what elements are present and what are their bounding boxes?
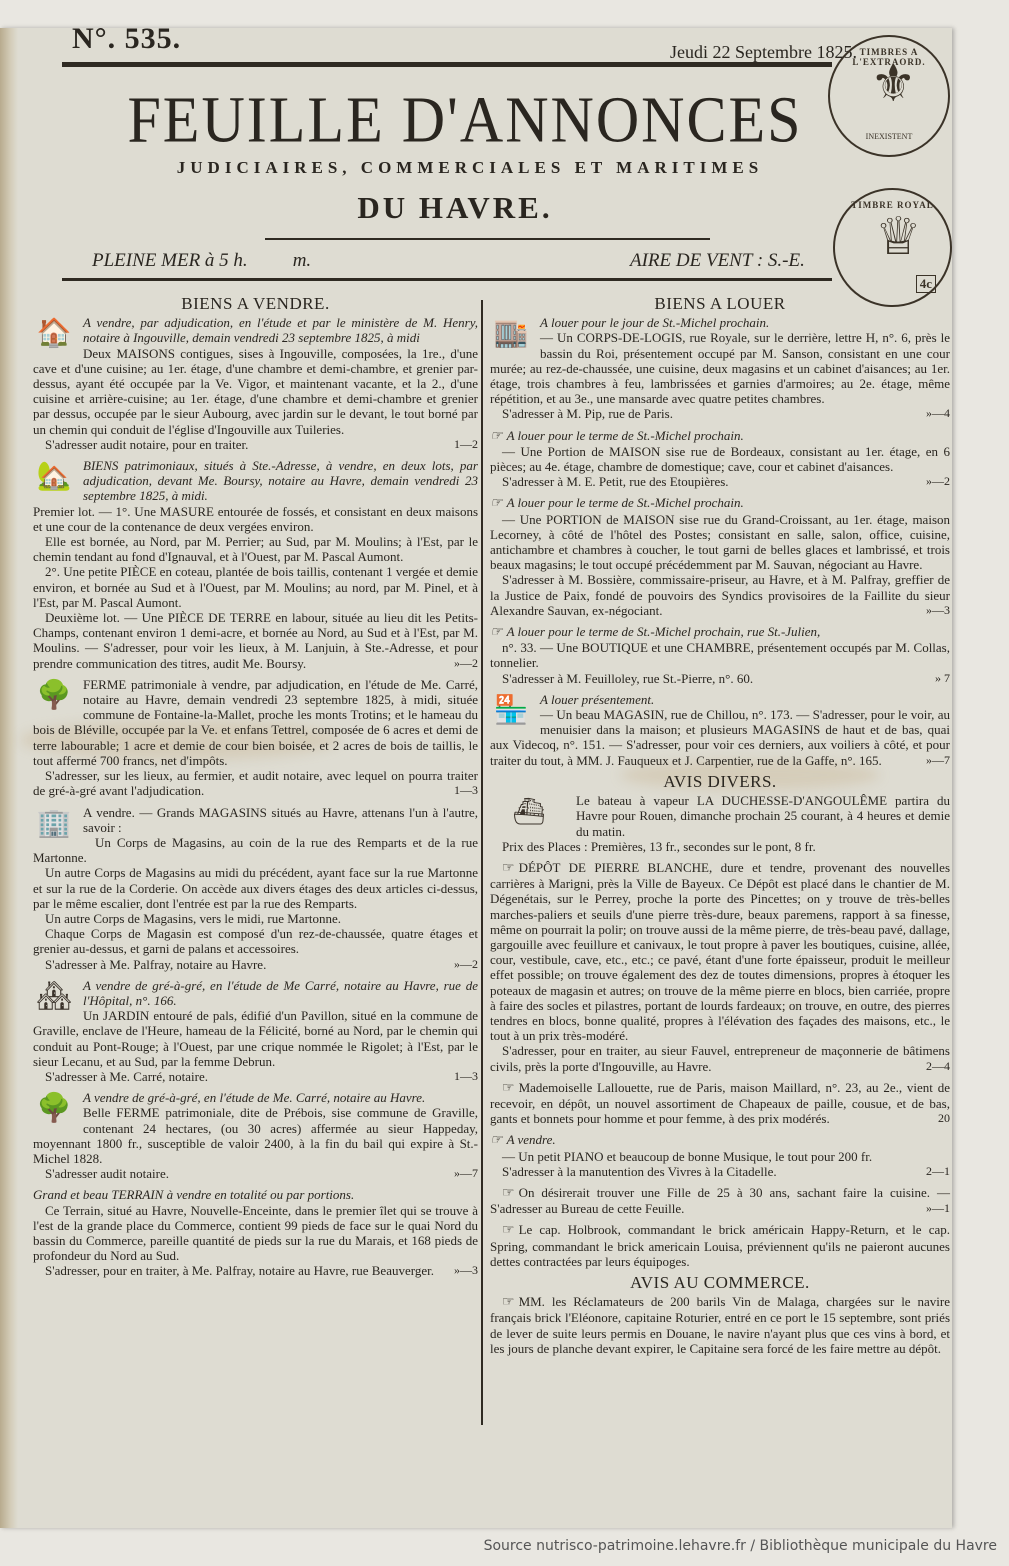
pointing-hand-icon: ☞: [490, 625, 503, 640]
advertisement: 🏢A vendre. — Grands MAGASINS situés au H…: [33, 805, 478, 972]
stamp-value: 4c: [916, 275, 936, 293]
ad-text: S'adresser audit notaire, pour en traite…: [45, 437, 248, 452]
ad-intro: A louer pour le terme de St.-Michel proc…: [507, 495, 744, 510]
stamp-sub: INEXISTENT: [830, 132, 948, 141]
issue-date: Jeudi 22 Septembre 1825.: [670, 42, 857, 63]
ad-text: n°. 33. — Une BOUTIQUE et une CHAMBRE, p…: [490, 640, 950, 670]
section-heading: BIENS A LOUER: [490, 296, 950, 311]
issue-number: N°. 535.: [72, 22, 181, 56]
insertion-reference: 1—3: [442, 1069, 478, 1084]
ad-text: — Une Portion de MAISON sise rue de Bord…: [490, 444, 950, 474]
masthead-bottom-rule: [62, 278, 832, 281]
advertisement: 🏬A louer pour le jour de St.-Michel proc…: [490, 315, 950, 421]
ad-text: Belle FERME patrimoniale, dite de Préboi…: [33, 1105, 478, 1166]
advertisement: 🌳A vendre de gré-à-gré, en l'étude de Me…: [33, 1090, 478, 1181]
ad-intro: A vendre, par adjudication, en l'étude e…: [83, 315, 478, 345]
house-icon: 🏠: [33, 317, 75, 351]
insertion-reference: »—3: [914, 603, 950, 618]
ad-text: S'adresser, pour en traiter, à Me. Palfr…: [45, 1263, 434, 1278]
ad-text: Prix des Places : Premières, 13 fr., sec…: [502, 839, 816, 854]
advertisement: 🏡BIENS patrimoniaux, situés à Ste.-Adres…: [33, 458, 478, 671]
left-column: BIENS A VENDRE. 🏠A vendre, par adjudicat…: [33, 296, 478, 1285]
advertisement: ☞A louer pour le terme de St.-Michel pro…: [490, 428, 950, 490]
ad-intro: A louer pour le jour de St.-Michel proch…: [540, 315, 769, 330]
ad-intro: Grand et beau TERRAIN à vendre en totali…: [33, 1187, 354, 1202]
tide-info: PLEINE MER à 5 h.m.: [92, 250, 311, 272]
advertisement: Grand et beau TERRAIN à vendre en totali…: [33, 1187, 478, 1278]
ad-text: Un JARDIN entouré de pals, édifié d'un P…: [33, 1008, 478, 1069]
pointing-hand-icon: ☞: [490, 429, 503, 444]
insertion-reference: 2—1: [914, 1164, 950, 1179]
masthead-city: DU HAVRE.: [70, 190, 840, 226]
ad-intro: A louer pour le terme de St.-Michel proc…: [507, 428, 744, 443]
ad-text: S'adresser à Me. Palfray, notaire au Hav…: [45, 957, 266, 972]
ad-intro: A vendre.: [507, 1132, 556, 1147]
insertion-reference: »—2: [442, 957, 478, 972]
ad-text: Premier lot. — 1°. Une MASURE entourée d…: [33, 504, 478, 534]
ad-text: S'adresser à M. E. Petit, rue des Etoupi…: [502, 474, 729, 489]
insertion-reference: »—7: [926, 753, 950, 768]
masthead-title: FEUILLE D'ANNONCES: [95, 82, 835, 158]
ad-text: — Un petit PIANO et beaucoup de bonne Mu…: [502, 1149, 872, 1164]
ad-text: S'adresser à M. Feuilloley, rue St.-Pier…: [502, 671, 753, 686]
building-icon: 🏬: [490, 317, 532, 351]
insertion-reference: »—7: [442, 1166, 478, 1181]
advertisement: ☞A louer pour le terme de St.-Michel pro…: [490, 495, 950, 618]
wind-info: AIRE DE VENT : S.-E.: [630, 250, 805, 272]
advertisement: ☞A louer pour le terme de St.-Michel pro…: [490, 624, 950, 686]
insertion-reference: 20: [926, 1111, 950, 1126]
ad-text: Le cap. Holbrook, commandant le brick am…: [490, 1222, 950, 1268]
ad-text: S'adresser, sur les lieux, au fermier, e…: [33, 768, 478, 798]
advertisement: ☞Mademoiselle Lallouette, rue de Paris, …: [490, 1080, 950, 1127]
insertion-reference: 1—2: [442, 437, 478, 452]
section-heading: AVIS DIVERS.: [490, 774, 950, 789]
ad-text: S'adresser, pour en traiter, au sieur Fa…: [490, 1043, 950, 1073]
ad-text: — Une PORTION de MAISON sise rue du Gran…: [490, 512, 950, 573]
column-divider: [481, 300, 483, 1425]
masthead-subtitle: JUDICIAIRES, COMMERCIALES ET MARITIMES: [70, 158, 870, 178]
pavilion-icon: 🏘: [33, 980, 75, 1014]
ad-text: Un Corps de Magasins, au coin de la rue …: [33, 835, 478, 865]
pointing-hand-icon: ☞: [502, 861, 515, 876]
insertion-reference: »—2: [914, 474, 950, 489]
advertisement: 🌳FERME patrimoniale à vendre, par adjudi…: [33, 677, 478, 799]
advertisement: ☞A vendre.— Un petit PIANO et beaucoup d…: [490, 1132, 950, 1179]
farmhouse-icon: 🏡: [33, 460, 75, 494]
steamboat-icon: ⛴: [490, 795, 568, 829]
ad-intro: A louer pour le terme de St.-Michel proc…: [507, 624, 821, 639]
right-column: BIENS A LOUER🏬A louer pour le jour de St…: [490, 296, 950, 1362]
ad-text: MM. les Réclamateurs de 200 barils Vin d…: [490, 1294, 950, 1356]
tide-minutes: m.: [293, 250, 311, 271]
advertisement: ⛴Le bateau à vapeur LA DUCHESSE-D'ANGOUL…: [490, 793, 950, 854]
ad-text: Deux MAISONS contigues, sises à Ingouvil…: [33, 346, 478, 437]
ad-text: S'adresser audit notaire.: [45, 1166, 169, 1181]
advertisement: ☞MM. les Réclamateurs de 200 barils Vin …: [490, 1294, 950, 1356]
source-credit: Source nutrisco-patrimoine.lehavre.fr / …: [484, 1538, 997, 1554]
ad-text: DÉPÔT DE PIERRE BLANCHE, dure et tendre,…: [490, 860, 950, 1043]
ad-text: S'adresser à M. Pip, rue de Paris.: [502, 406, 673, 421]
ad-text: Ce Terrain, situé au Havre, Nouvelle-Enc…: [33, 1203, 478, 1264]
section-heading-biens-a-vendre: BIENS A VENDRE.: [33, 296, 478, 311]
advertisement: ☞Le cap. Holbrook, commandant le brick a…: [490, 1222, 950, 1269]
insertion-reference: 1—3: [442, 783, 478, 798]
advertisement: 🏪A louer présentement.— Un beau MAGASIN,…: [490, 692, 950, 768]
advertisement: 🏠A vendre, par adjudication, en l'étude …: [33, 315, 478, 452]
insertion-reference: »—3: [442, 1263, 478, 1278]
pointing-hand-icon: ☞: [490, 1133, 503, 1148]
pointing-hand-small-icon: ☞: [502, 1186, 515, 1201]
ad-text: — Un CORPS-DE-LOGIS, rue Royale, sur le …: [490, 330, 950, 406]
insertion-reference: 2—4: [914, 1059, 950, 1074]
ad-text: S'adresser à Me. Carré, notaire.: [45, 1069, 208, 1084]
masthead-rule: [62, 62, 832, 67]
insertion-reference: »—2: [442, 656, 478, 671]
pointing-hand-icon: ☞: [502, 1081, 515, 1096]
tax-stamp-extraordinary: TIMBRES A L'EXTRAORD. ⚜ INEXISTENT: [828, 35, 950, 157]
insertion-reference: »—4: [914, 406, 950, 421]
ad-intro: A louer présentement.: [540, 692, 654, 707]
ad-text: Deuxième lot. — Une PIÈCE DE TERRE en la…: [33, 610, 478, 671]
pointing-hand-small-icon: ☞: [502, 1223, 515, 1238]
pointing-hand-icon: ☞: [502, 1295, 515, 1310]
ad-text: A vendre. — Grands MAGASINS situés au Ha…: [83, 805, 478, 835]
ad-text: On désirerait trouver une Fille de 25 à …: [490, 1185, 950, 1216]
farm-trees-icon: 🌳: [33, 1092, 75, 1126]
warehouse-icon: 🏢: [33, 807, 75, 841]
ad-text: — Un beau MAGASIN, rue de Chillou, n°. 1…: [490, 707, 950, 768]
ad-intro: A vendre de gré-à-gré, en l'étude de Me.…: [83, 1090, 425, 1105]
ad-text: Chaque Corps de Magasin est composé d'un…: [33, 926, 478, 956]
ad-text: 2°. Une petite PIÈCE en coteau, plantée …: [33, 564, 478, 609]
ad-text: Mademoiselle Lallouette, rue de Paris, m…: [490, 1080, 950, 1126]
ad-text: S'adresser à M. Bossière, commissaire-pr…: [490, 572, 950, 617]
binding-spine: [0, 28, 18, 1528]
advertisement: ☞DÉPÔT DE PIERRE BLANCHE, dure et tendre…: [490, 860, 950, 1074]
ad-text: S'adresser à la manutention des Vivres à…: [502, 1164, 777, 1179]
ad-intro: BIENS patrimoniaux, situés à Ste.-Adress…: [83, 458, 478, 503]
insertion-reference: » 7: [923, 671, 950, 686]
insertion-reference: »—1: [914, 1201, 950, 1216]
fleur-de-lis-icon: ⚜: [870, 59, 917, 111]
ad-text: Un autre Corps de Magasins au midi du pr…: [33, 865, 478, 910]
advertisement: ☞On désirerait trouver une Fille de 25 à…: [490, 1185, 950, 1216]
ad-text: Elle est bornée, au Nord, par M. Perrier…: [33, 534, 478, 564]
shop-icon: 🏪: [490, 694, 532, 728]
ad-text: FERME patrimoniale à vendre, par adjudic…: [33, 677, 478, 768]
ad-text: Le bateau à vapeur LA DUCHESSE-D'ANGOULÊ…: [576, 793, 950, 838]
royal-figure-icon: ♕: [875, 212, 922, 264]
section-heading: AVIS AU COMMERCE.: [490, 1275, 950, 1290]
pointing-hand-icon: ☞: [490, 496, 503, 511]
advertisement: 🏘A vendre de gré-à-gré, en l'étude de Me…: [33, 978, 478, 1084]
tide-label: PLEINE MER à 5 h.: [92, 250, 248, 271]
farm-trees-icon: 🌳: [33, 679, 75, 713]
royal-stamp: TIMBRE ROYAL ♕ 4c: [833, 188, 952, 307]
masthead-short-rule: [265, 238, 710, 240]
ad-intro: A vendre de gré-à-gré, en l'étude de Me …: [83, 978, 478, 1008]
ad-text: Un autre Corps de Magasins, vers le midi…: [45, 911, 341, 926]
